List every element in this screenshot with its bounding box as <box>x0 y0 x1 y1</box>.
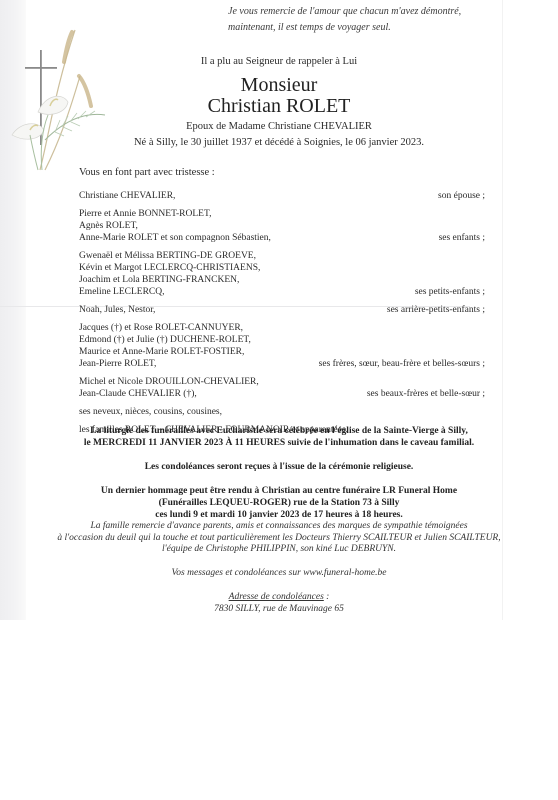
condolences-paragraph: Les condoléances seront reçues à l'issue… <box>0 461 558 473</box>
thanks-line: à l'occasion du deuil qui la touche et t… <box>0 533 558 545</box>
liturgy-line: La liturgie des funérailles avec Euchari… <box>90 426 468 436</box>
web-condolences-line: Vos messages et condoléances sur www.fun… <box>0 568 558 578</box>
family-list: Christiane CHEVALIER,son épouse ;Pierre … <box>79 190 485 442</box>
family-relation: son épouse ; <box>438 190 485 202</box>
intro-line: Il a plu au Seigneur de rappeler à Lui <box>0 56 558 67</box>
family-group: ses neveux, nièces, cousins, cousines, <box>79 406 485 418</box>
condolence-address: Adresse de condoléances : 7830 SILLY, ru… <box>0 591 558 615</box>
family-relation: ses petits-enfants ; <box>415 286 485 298</box>
obituary-page: Je vous remercie de l'amour que chacun m… <box>0 0 558 800</box>
family-group: Jacques (†) et Rose ROLET-CANNUYER,Edmon… <box>79 322 485 370</box>
epigraph-line: Je vous remercie de l'amour que chacun m… <box>228 4 498 20</box>
liturgy-paragraph: La liturgie des funérailles avec Euchari… <box>0 425 558 449</box>
address-value: 7830 SILLY, rue de Mauvinage 65 <box>0 603 558 615</box>
address-label: Adresse de condoléances <box>229 592 324 602</box>
birth-death-line: Né à Silly, le 30 juillet 1937 et décédé… <box>0 137 558 148</box>
thanks-line: l'équipe de Christophe PHILIPPIN, son ki… <box>0 544 558 556</box>
family-group: Michel et Nicole DROUILLON-CHEVALIER,Jea… <box>79 376 485 400</box>
web-prefix: Vos messages et condoléances sur <box>172 568 304 578</box>
epigraph-line: maintenant, il est temps de voyager seul… <box>228 20 498 36</box>
family-group: Gwenaël et Mélissa BERTING-DE GROEVE,Kév… <box>79 250 485 298</box>
family-relation: ses beaux-frères et belle-sœur ; <box>367 388 485 400</box>
family-relation: ses arrière-petits-enfants ; <box>387 304 485 316</box>
announcement-line: Vous en font part avec tristesse : <box>79 167 215 178</box>
ceremony-info: La liturgie des funérailles avec Euchari… <box>0 425 558 533</box>
family-member-name: Jacques (†) et Rose ROLET-CANNUYER, <box>79 322 485 334</box>
deceased-name: Christian ROLET <box>0 95 558 117</box>
epigraph-quote: Je vous remercie de l'amour que chacun m… <box>228 4 498 36</box>
homage-line: Un dernier hommage peut être rendu à Chr… <box>101 486 457 496</box>
deceased-honorific: Monsieur <box>0 74 558 96</box>
family-group: Pierre et Annie BONNET-ROLET,Agnès ROLET… <box>79 208 485 244</box>
family-member-name: Christiane CHEVALIER, <box>79 190 485 202</box>
homage-line: (Funérailles LEQUEU-ROGER) rue de la Sta… <box>159 498 400 508</box>
family-member-name: Michel et Nicole DROUILLON-CHEVALIER, <box>79 376 485 388</box>
family-member-name: Agnès ROLET, <box>79 220 485 232</box>
family-group: Christiane CHEVALIER,son épouse ; <box>79 190 485 202</box>
family-relation: ses enfants ; <box>439 232 485 244</box>
address-label-suffix: : <box>324 592 330 602</box>
funeral-home-link[interactable]: www.funeral-home.be <box>303 568 386 578</box>
family-member-name: Gwenaël et Mélissa BERTING-DE GROEVE, <box>79 250 485 262</box>
spouse-line: Epoux de Madame Christiane CHEVALIER <box>0 121 558 132</box>
homage-line: ces lundi 9 et mardi 10 janvier 2023 de … <box>155 510 403 520</box>
family-member-name: Kévin et Margot LECLERCQ-CHRISTIAENS, <box>79 262 485 274</box>
family-member-name: Joachim et Lola BERTING-FRANCKEN, <box>79 274 485 286</box>
family-member-name: Anne-Marie ROLET et son compagnon Sébast… <box>79 232 485 244</box>
thanks-paragraph: La famille remercie d'avance parents, am… <box>0 521 558 556</box>
family-relation: ses frères, sœur, beau-frère et belles-s… <box>319 358 485 370</box>
family-member-name: ses neveux, nièces, cousins, cousines, <box>79 406 485 418</box>
thanks-line: La famille remercie d'avance parents, am… <box>0 521 558 533</box>
family-member-name: Pierre et Annie BONNET-ROLET, <box>79 208 485 220</box>
family-member-name: Maurice et Anne-Marie ROLET-FOSTIER, <box>79 346 485 358</box>
homage-paragraph: Un dernier hommage peut être rendu à Chr… <box>0 485 558 521</box>
liturgy-line: le MERCREDI 11 JANVIER 2023 À 11 HEURES … <box>84 438 474 448</box>
family-group: Noah, Jules, Nestor,ses arrière-petits-e… <box>79 304 485 316</box>
family-member-name: Edmond (†) et Julie (†) DUCHENE-ROLET, <box>79 334 485 346</box>
